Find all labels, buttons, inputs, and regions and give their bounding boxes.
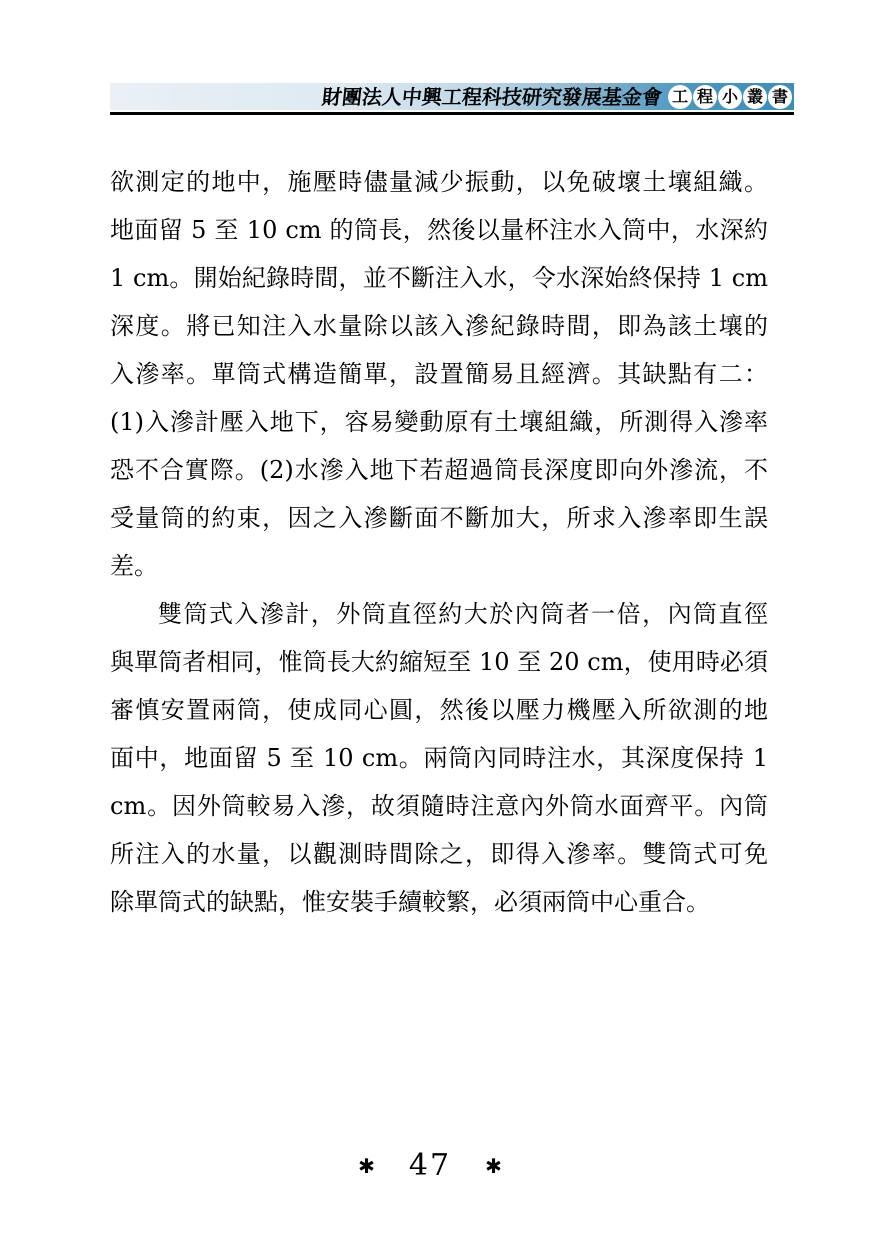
series-badge: 叢 <box>743 85 767 109</box>
series-badge: 工 <box>668 85 692 109</box>
text-line: 恐不合實際。(2)水滲入地下若超過筒長深度即向外滲流，不 <box>110 446 768 494</box>
series-badge: 程 <box>693 85 717 109</box>
text-line: 面中，地面留 5 至 10 cm。兩筒內同時注水，其深度保持 1 <box>110 734 768 782</box>
text-line: 欲測定的地中，施壓時儘量減少振動，以免破壞土壤組織。 <box>110 158 768 206</box>
text-line: 審慎安置兩筒，使成同心圓，然後以壓力機壓入所欲測的地 <box>110 686 768 734</box>
text-line: 所注入的水量，以觀測時間除之，即得入滲率。雙筒式可免 <box>110 830 768 878</box>
text-line: 深度。將已知注入水量除以該入滲紀錄時間，即為該土壤的 <box>110 302 768 350</box>
series-badge: 小 <box>718 85 742 109</box>
header-rule <box>110 112 794 115</box>
text-line: 差。 <box>110 542 768 590</box>
text-line: (1)入滲計壓入地下，容易變動原有土壤組織，所測得入滲率 <box>110 398 768 446</box>
text-line: 入滲率。單筒式構造簡單，設置簡易且經濟。其缺點有二： <box>110 350 768 398</box>
publisher-title: 財團法人中興工程科技研究發展基金會 <box>321 87 663 107</box>
page-number: 47 <box>409 1148 451 1183</box>
asterisk-icon: ✱ <box>485 1156 502 1176</box>
page-header: 財團法人中興工程科技研究發展基金會 工 程 小 叢 <box>110 83 794 115</box>
text-line: cm。因外筒較易入滲，故須隨時注意內外筒水面齊平。內筒 <box>110 782 768 830</box>
text-line: 1 cm。開始紀錄時間，並不斷注入水，令水深始終保持 1 cm <box>110 254 768 302</box>
text-line: 地面留 5 至 10 cm 的筒長，然後以量杯注水入筒中，水深約 <box>110 206 768 254</box>
series-badge-char: 小 <box>722 89 738 105</box>
asterisk-icon: ✱ <box>358 1156 375 1176</box>
series-badge: 書 <box>768 85 792 109</box>
header-banner: 財團法人中興工程科技研究發展基金會 工 程 小 叢 <box>110 83 794 110</box>
series-badge-group: 工 程 小 叢 書 <box>668 85 792 109</box>
text-line: 與單筒者相同，惟筒長大約縮短至 10 至 20 cm，使用時必須 <box>110 638 768 686</box>
body-text: 欲測定的地中，施壓時儘量減少振動，以免破壞土壤組織。 地面留 5 至 10 cm… <box>110 158 768 926</box>
series-badge-char: 程 <box>697 89 713 105</box>
series-badge-char: 工 <box>672 89 688 105</box>
page-footer: ✱ 47 ✱ <box>0 1148 860 1183</box>
series-badge-char: 叢 <box>747 89 763 105</box>
document-page: 財團法人中興工程科技研究發展基金會 工 程 小 叢 <box>0 0 880 1240</box>
series-badge-char: 書 <box>772 89 788 105</box>
text-line: 除單筒式的缺點，惟安裝手續較繁，必須兩筒中心重合。 <box>110 878 768 926</box>
text-line: 雙筒式入滲計，外筒直徑約大於內筒者一倍，內筒直徑 <box>110 590 768 638</box>
text-line: 受量筒的約束，因之入滲斷面不斷加大，所求入滲率即生誤 <box>110 494 768 542</box>
